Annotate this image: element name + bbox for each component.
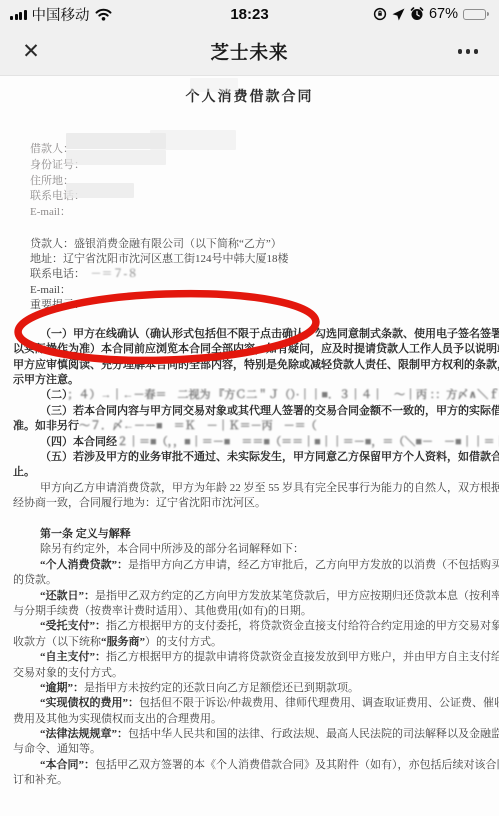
status-time: 18:23 — [230, 6, 268, 23]
wifi-icon — [95, 8, 112, 21]
doc-line: “实现债权的费用”：包括但不限于诉讼/仲裁费用、律师代理费用、调查取证费用、公证… — [0, 696, 499, 711]
lender-line: 贷款人：盛银消费金融有限公司（以下简称“乙方”） — [0, 237, 499, 252]
doc-line: “法律法规规章”：包括中华人民共和国的法律、行政法规、最高人民法院的司法解释以及… — [0, 727, 499, 742]
doc-line: E-mail： — [0, 283, 499, 298]
doc-line — [0, 313, 499, 327]
status-bar: 中国移动 18:23 67% — [0, 0, 499, 28]
page-title: 芝士未来 — [62, 39, 437, 65]
battery-icon — [463, 9, 489, 20]
doc-line: （五）若涉及甲方的业务审批不通过、未实际发生，甲方同意乙方保留甲方个人资料，如借… — [0, 450, 499, 465]
doc-line: “还款日”：是指甲乙双方约定的乙方向甲方发放某笔贷款后，甲方应按期归还贷款本息（… — [0, 589, 499, 604]
doc-line: “个人消费贷款”：是指甲方向乙方申请，经乙方审批后，乙方向甲方发放的以消费（不包… — [0, 558, 499, 573]
doc-line: “受托支付”：指乙方根据甲方的支付委托，将贷款资金直接支付给符合约定用途的甲方交… — [0, 619, 499, 634]
doc-line: 收款方（以下统称“服务商”）的支付方式。 — [0, 635, 499, 650]
phone-frame: 中国移动 18:23 67% — [0, 0, 499, 816]
doc-line: 准。如非另行～７．〆←－－■ ＝Ｋ －｜Ｋ＝－丙 －＝（ — [0, 419, 499, 434]
redaction-block — [150, 130, 236, 150]
redaction-block — [66, 183, 134, 198]
lender-line: 地址：辽宁省沈阳市沈河区惠工街124号中韩大厦18楼 — [0, 252, 499, 267]
location-arrow-icon — [392, 8, 405, 21]
doc-line: 订和补充。 — [0, 773, 499, 788]
more-button[interactable] — [437, 28, 499, 75]
rotation-lock-icon — [373, 7, 387, 21]
doc-line: 甲方向乙方申请消费贷款，甲方为年龄 22 岁至 55 岁具有完全民事行为能力的自… — [0, 481, 499, 496]
close-button[interactable]: ✕ — [0, 28, 62, 75]
doc-title: 个人消费借款合同 — [0, 86, 499, 106]
doc-line: 费用及其他为实现债权而支出的合理费用。 — [0, 712, 499, 727]
app-chrome: 中国移动 18:23 67% — [0, 0, 499, 76]
carrier-label: 中国移动 — [32, 4, 90, 25]
doc-line: 经协商一致，合同履行地为：辽宁省沈阳市沈河区。 — [0, 496, 499, 511]
more-icon — [458, 49, 463, 54]
doc-line: 重要提示： — [0, 298, 499, 313]
doc-line: 联系电话： －＝７-８ — [0, 267, 499, 282]
doc-line: 与分期手续费（按费率计费时适用）、其他费用(如有)的日期。 — [0, 604, 499, 619]
doc-line — [0, 512, 499, 527]
doc-line: 除另有约定外，本合同中所涉及的部分名词解释如下： — [0, 542, 499, 557]
doc-line: （一）甲方在线确认（确认形式包括但不限于点击确认、勾选同意制式条款、使用电子签名… — [0, 327, 499, 342]
doc-line: （二）；４）→｜←－春＝ 二视为 『方Ｃ二＂Ｊ（）·｜｜■．３｜４｜ ～｜丙 ：… — [0, 388, 499, 403]
doc-line — [0, 221, 499, 237]
doc-line: 以实际操作为准）本合同前应浏览本合同全部内容，如有疑问，应及时提请贷款人工作人员… — [0, 342, 499, 357]
doc-line: “逾期”：是指甲方未按约定的还款日向乙方足额偿还已到期款项。 — [0, 681, 499, 696]
doc-line: 示甲方注意。 — [0, 373, 499, 388]
nav-bar: ✕ 芝士未来 — [0, 28, 499, 75]
doc-line: （四）本合同经２｜＝■（，，■｜＝－■ ＝＝■（＝＝｜■｜｜＝－■，＝（＼■－ … — [0, 435, 499, 450]
doc-line: 与命令、通知等。 — [0, 742, 499, 757]
battery-percent: 67% — [429, 6, 458, 22]
section-heading: 第一条 定义与解释 — [0, 527, 499, 542]
doc-line: E-mail： — [0, 205, 499, 221]
doc-line: 甲方应审慎阅读、充分理解本合同的全部内容，特别是免除或减轻贷款人责任、限制甲方权… — [0, 358, 499, 373]
redaction-block — [66, 150, 166, 165]
doc-line: 的贷款。 — [0, 573, 499, 588]
doc-line: （三）若本合同内容与甲方同交易对象或其代理人签署的交易合同金额不一致的，甲方的实… — [0, 404, 499, 419]
doc-line: “自主支付”：指乙方根据甲方的提款申请将贷款资金直接发放到甲方账户，并由甲方自主… — [0, 650, 499, 665]
alarm-icon — [410, 7, 424, 21]
close-icon: ✕ — [22, 40, 40, 63]
doc-line: 交易对象的支付方式。 — [0, 666, 499, 681]
signal-strength-icon — [10, 9, 27, 20]
document-page[interactable]: 个人消费借款合同 借款人：身份证号：住所地：联系电话：E-mail： 贷款人：盛… — [0, 76, 499, 816]
doc-line: 止。 — [0, 465, 499, 480]
doc-line: “本合同”：包括甲乙双方签署的本《个人消费借款合同》及其附件（如有），亦包括后续… — [0, 758, 499, 773]
redaction-block — [190, 78, 238, 92]
